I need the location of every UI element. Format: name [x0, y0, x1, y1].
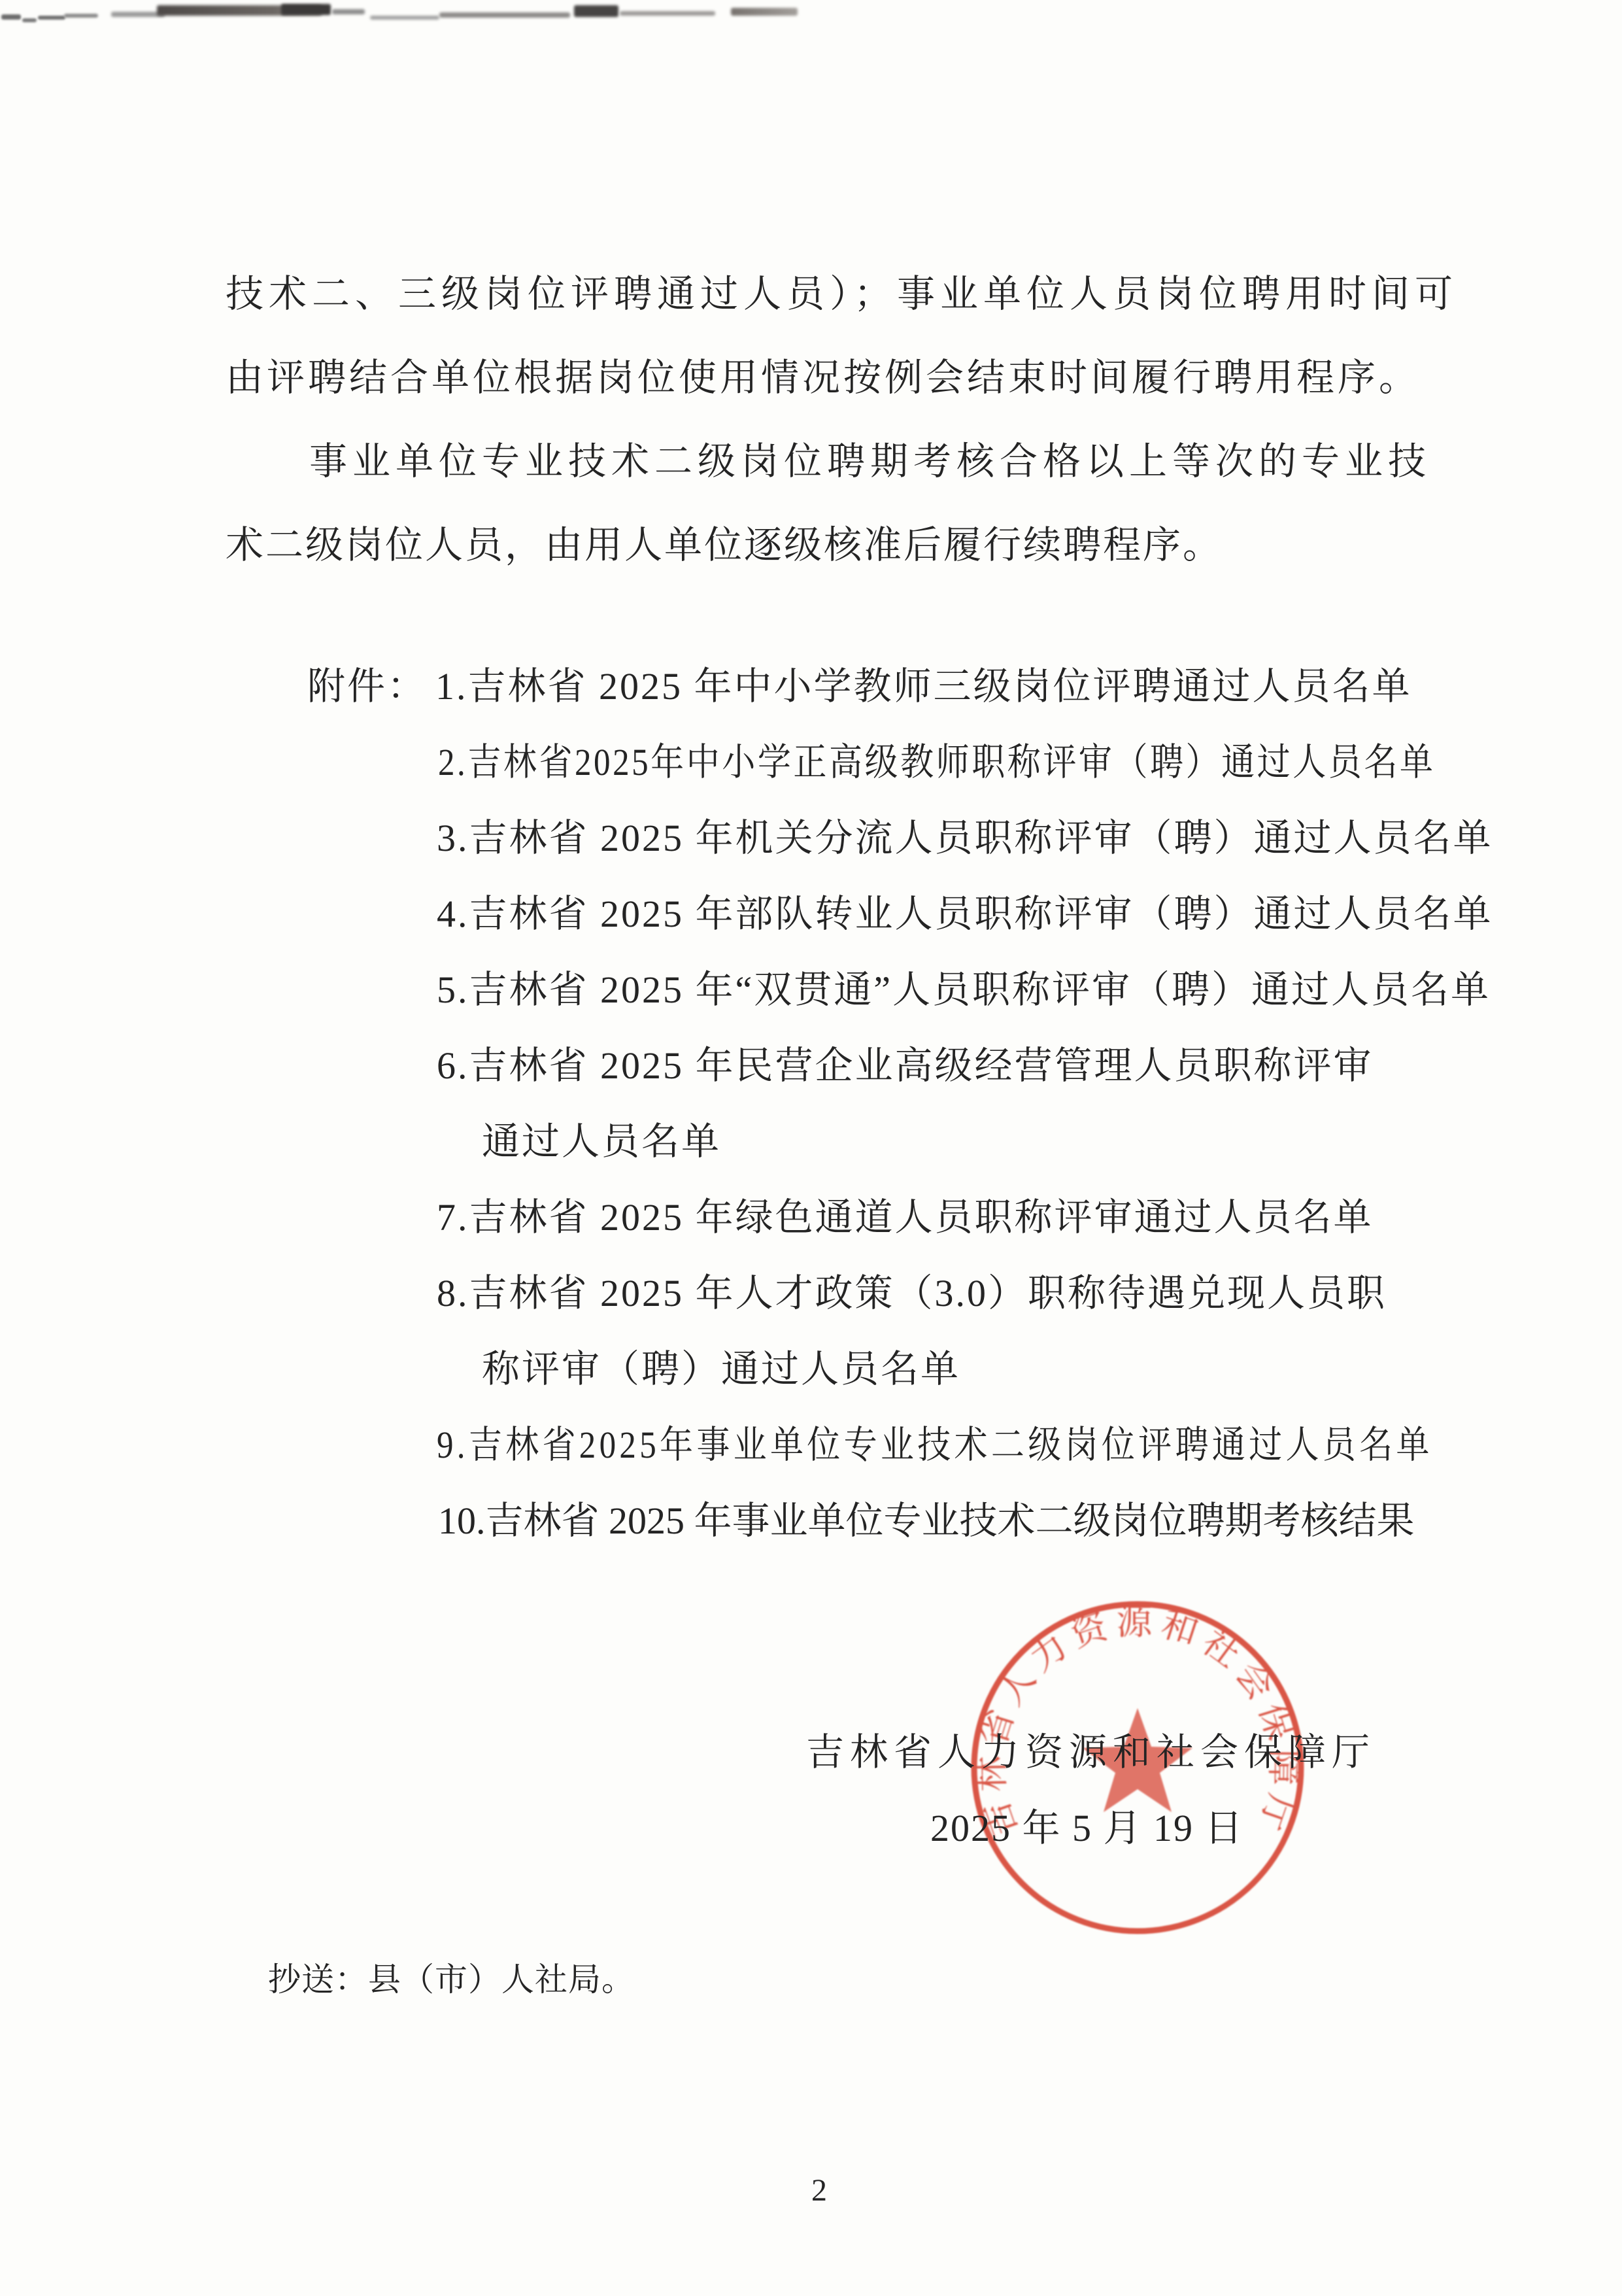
- attachment-item-6-continued: 通过人员名单: [482, 1119, 721, 1165]
- attachment-item-2: 2.吉林省2025年中小学正高级教师职称评审（聘）通过人员名单: [438, 740, 1435, 785]
- official-seal: 吉林省人力资源和社会保障厅: [0, 0, 1622, 2296]
- scan-artifact-segment: [731, 8, 798, 16]
- cc-line: 抄送：县（市）人社局。: [268, 1959, 635, 2000]
- document-page: 吉林省人力资源和社会保障厅 技术二、三级岗位评聘通过人员）；事业单位人员岗位聘用…: [0, 0, 1622, 2296]
- paragraph1-line2: 由评聘结合单位根据岗位使用情况按例会结束时间履行聘用程序。: [226, 355, 1420, 401]
- attachment-item-5: 5.吉林省 2025 年“双贯通”人员职称评审（聘）通过人员名单: [437, 967, 1491, 1013]
- issue-date: 2025 年 5 月 19 日: [930, 1806, 1244, 1851]
- scan-artifact-segment: [64, 14, 98, 18]
- attachment-item-8: 8.吉林省 2025 年人才政策（3.0）职称待遇兑现人员职: [437, 1271, 1387, 1316]
- scan-artifact-segment: [332, 9, 365, 14]
- attachment-item-10: 10.吉林省 2025 年事业单位专业技术二级岗位聘期考核结果: [438, 1498, 1415, 1544]
- attachment-item-9: 9.吉林省2025年事业单位专业技术二级岗位评聘通过人员名单: [437, 1422, 1433, 1468]
- scan-artifact-segment: [22, 18, 37, 22]
- paragraph2-line2: 术二级岗位人员，由用人单位逐级核准后履行续聘程序。: [226, 523, 1223, 568]
- scan-artifact-segment: [1, 14, 21, 20]
- paragraph1-line1: 技术二、三级岗位评聘通过人员）；事业单位人员岗位聘用时间可: [226, 271, 1458, 317]
- scan-artifact-segment: [439, 12, 570, 18]
- scan-artifact-segment: [38, 16, 65, 20]
- attachments-label: 附件：: [307, 664, 427, 710]
- attachment-item-8-continued: 称评审（聘）通过人员名单: [482, 1346, 960, 1392]
- attachment-item-6: 6.吉林省 2025 年民营企业高级经营管理人员职称评审: [437, 1043, 1374, 1089]
- paragraph2-line1: 事业单位专业技术二级岗位聘期考核合格以上等次的专业技: [309, 439, 1431, 485]
- page-number: 2: [811, 2171, 827, 2210]
- attachment-item-1: 1.吉林省 2025 年中小学教师三级岗位评聘通过人员名单: [435, 664, 1412, 710]
- scan-artifact-segment: [620, 11, 715, 16]
- attachment-item-7: 7.吉林省 2025 年绿色通道人员职称评审通过人员名单: [437, 1195, 1374, 1241]
- issuing-agency: 吉林省人力资源和社会保障厅: [806, 1730, 1376, 1775]
- scan-artifact-segment: [281, 4, 331, 15]
- attachment-item-4: 4.吉林省 2025 年部队转业人员职称评审（聘）通过人员名单: [437, 891, 1493, 937]
- scan-artifact-segment: [574, 5, 618, 17]
- attachment-item-3: 3.吉林省 2025 年机关分流人员职称评审（聘）通过人员名单: [437, 815, 1493, 861]
- scan-artifact-segment: [370, 16, 439, 20]
